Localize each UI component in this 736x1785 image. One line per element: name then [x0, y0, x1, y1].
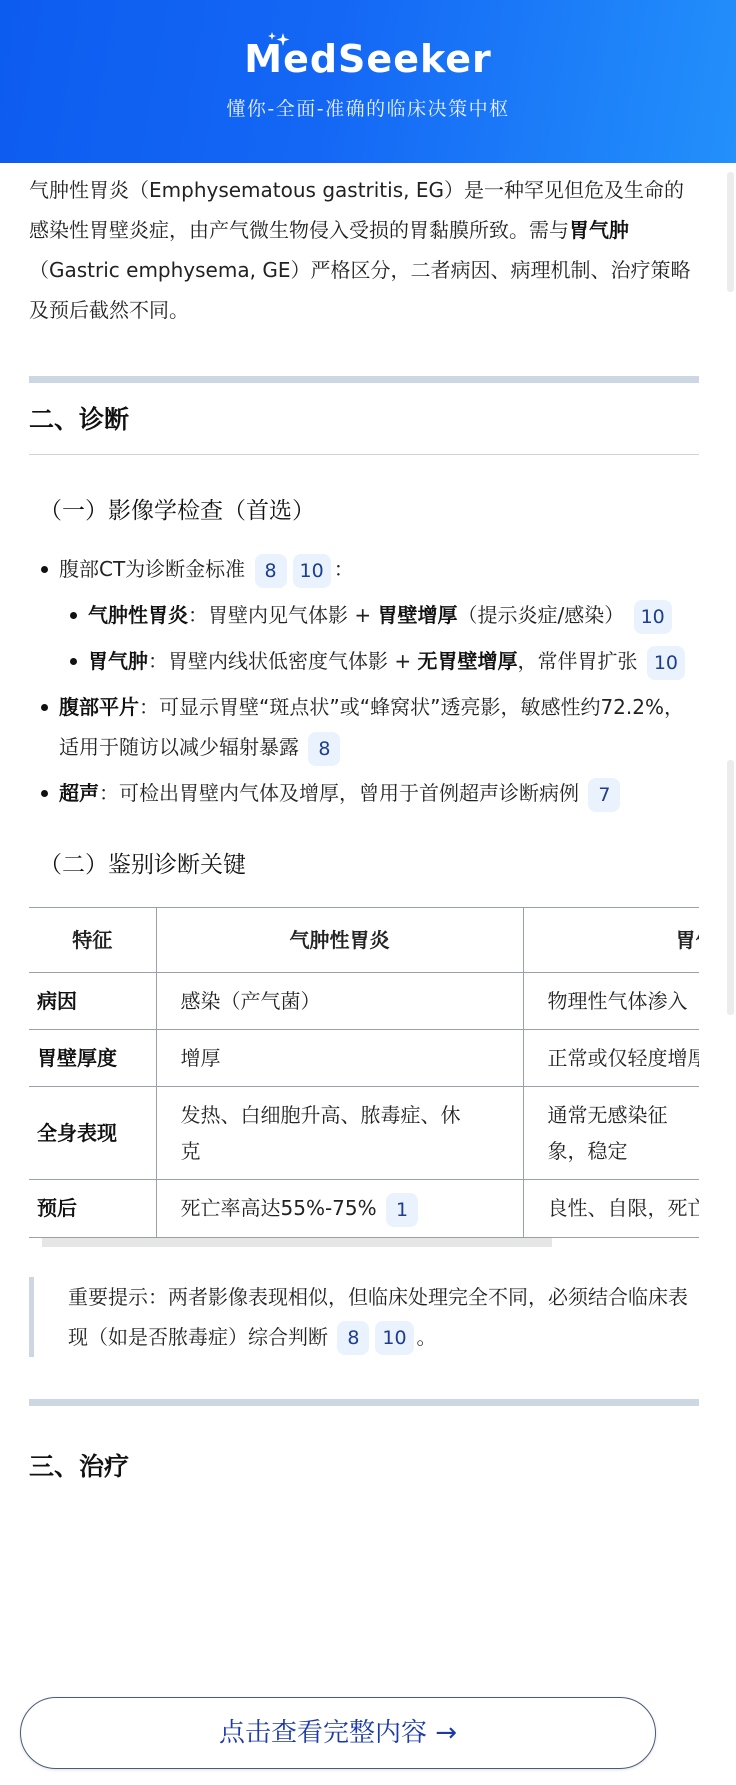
cell-eg: 感染（产气菌） — [156, 973, 523, 1030]
list-item-text: ：可检出胃壁内气体及增厚，曾用于首例超声诊断病例 — [99, 781, 579, 805]
list-item-ultrasound: 超声：可检出胃壁内气体及增厚，曾用于首例超声诊断病例 7 — [59, 773, 699, 813]
tagline: 懂你-全面-准确的临床决策中枢 — [0, 94, 736, 121]
list-item-text: ：胃壁内见气体影 + — [188, 603, 377, 627]
citation-badge[interactable]: 8 — [337, 1321, 369, 1355]
table-header-row: 特征 气肿性胃炎 胃气肿 — [29, 908, 699, 973]
intro-bold-term: 胃气肿 — [569, 218, 629, 242]
cell-ge: 正常或仅轻度增厚 — [523, 1030, 699, 1087]
table-horizontal-scrollbar[interactable] — [42, 1238, 552, 1247]
cell-feature: 胃壁厚度 — [29, 1030, 156, 1087]
cell-text: 死亡率高达55%-75% — [181, 1196, 377, 1220]
list-item-ct: 腹部CT为诊断金标准 810： 气肿性胃炎：胃壁内见气体影 + 胃壁增厚（提示炎… — [59, 549, 699, 681]
page-scrollbar-thumb[interactable] — [727, 760, 734, 1015]
cell-ge: 良性、自限，死亡率低 — [523, 1180, 699, 1238]
ct-sublist: 气肿性胃炎：胃壁内见气体影 + 胃壁增厚（提示炎症/感染） 10 胃气肿：胃壁内… — [29, 595, 699, 681]
list-item-text: ：可显示胃壁“斑点状”或“蜂窝状”透亮影，敏感性约72.2%，适用于随访以减少辐… — [59, 695, 684, 759]
section-heading-treatment: 三、治疗 — [29, 1450, 699, 1484]
punctuation: ： — [334, 557, 354, 581]
intro-text-3: （Gastric emphysema, GE）严格区分，二者病因、病理机制、治疗… — [29, 258, 690, 322]
comparison-table: 特征 气肿性胃炎 胃气肿 病因 感染（产气菌） 物理性气体渗入 胃壁厚度 增厚 … — [29, 907, 699, 1238]
citation-badge[interactable]: 10 — [375, 1321, 413, 1355]
header-feature: 特征 — [29, 908, 156, 973]
article-content: 气肿性胃炎（Emphysematous gastritis, EG）是一种罕见但… — [29, 163, 699, 1484]
intro-text-2: 需与 — [529, 218, 569, 242]
section-heading-diagnosis: 二、诊断 — [29, 403, 699, 437]
term-bold: 气肿性胃炎 — [88, 603, 188, 627]
term-bold: 胃壁增厚 — [377, 603, 457, 627]
term-bold: 腹部平片 — [59, 695, 139, 719]
view-full-content-button[interactable]: 点击查看完整内容 → — [20, 1697, 656, 1769]
list-item-text: ，常伴胃扩张 — [517, 649, 637, 673]
subheading-differential: （二）鉴别诊断关键 — [29, 850, 699, 880]
citation-badge[interactable]: 10 — [634, 600, 672, 634]
citation-badge[interactable]: 8 — [255, 554, 287, 588]
app-logo: MedSeeker — [244, 34, 491, 84]
table-row: 预后 死亡率高达55%-75% 1 良性、自限，死亡率低 — [29, 1180, 699, 1238]
sparkle-icon — [266, 30, 292, 50]
page-scrollbar-thumb[interactable] — [727, 172, 734, 292]
term-bold: 超声 — [59, 781, 99, 805]
cell-ge: 通常无感染征象，稳定 — [523, 1087, 699, 1180]
cell-eg: 发热、白细胞升高、脓毒症、休克 — [156, 1087, 523, 1180]
comparison-table-container[interactable]: 特征 气肿性胃炎 胃气肿 病因 感染（产气菌） 物理性气体渗入 胃壁厚度 增厚 … — [29, 907, 699, 1238]
term-bold: 无胃壁增厚 — [417, 649, 517, 673]
section-divider — [29, 1399, 699, 1406]
citation-badge[interactable]: 1 — [386, 1193, 418, 1227]
table-row: 病因 感染（产气菌） 物理性气体渗入 — [29, 973, 699, 1030]
term-bold: 胃气肿 — [88, 649, 148, 673]
list-item-text: （提示炎症/感染） — [457, 603, 624, 627]
table-row: 全身表现 发热、白细胞升高、脓毒症、休克 通常无感染征象，稳定 — [29, 1087, 699, 1180]
citation-badge[interactable]: 10 — [647, 646, 685, 680]
cell-eg: 死亡率高达55%-75% 1 — [156, 1180, 523, 1238]
punctuation: 。 — [417, 1325, 437, 1349]
table-row: 胃壁厚度 增厚 正常或仅轻度增厚 — [29, 1030, 699, 1087]
list-item-eg: 气肿性胃炎：胃壁内见气体影 + 胃壁增厚（提示炎症/感染） 10 — [88, 595, 699, 635]
header-ge: 胃气肿 — [523, 908, 699, 973]
intro-paragraph: 气肿性胃炎（Emphysematous gastritis, EG）是一种罕见但… — [29, 163, 699, 330]
cell-ge: 物理性气体渗入 — [523, 973, 699, 1030]
cell-eg: 增厚 — [156, 1030, 523, 1087]
subheading-imaging: （一）影像学检查（首选） — [29, 496, 699, 526]
list-item-xray: 腹部平片：可显示胃壁“斑点状”或“蜂窝状”透亮影，敏感性约72.2%，适用于随访… — [59, 687, 699, 767]
list-item-text: 腹部CT为诊断金标准 — [59, 557, 245, 581]
citation-badge[interactable]: 10 — [293, 554, 331, 588]
important-note: 重要提示：两者影像表现相似，但临床处理完全不同，必须结合临床表现（如是否脓毒症）… — [29, 1277, 699, 1357]
list-item-text: ：胃壁内线状低密度气体影 + — [148, 649, 417, 673]
imaging-list: 腹部CT为诊断金标准 810： 气肿性胃炎：胃壁内见气体影 + 胃壁增厚（提示炎… — [29, 549, 699, 813]
header-eg: 气肿性胃炎 — [156, 908, 523, 973]
citation-badge[interactable]: 7 — [588, 778, 620, 812]
header-banner: MedSeeker 懂你-全面-准确的临床决策中枢 — [0, 0, 736, 163]
section-divider — [29, 376, 699, 383]
cell-feature: 预后 — [29, 1180, 156, 1238]
cell-feature: 全身表现 — [29, 1087, 156, 1180]
cell-feature: 病因 — [29, 973, 156, 1030]
list-item-ge: 胃气肿：胃壁内线状低密度气体影 + 无胃壁增厚，常伴胃扩张 10 — [88, 641, 699, 681]
citation-badge[interactable]: 8 — [308, 732, 340, 766]
